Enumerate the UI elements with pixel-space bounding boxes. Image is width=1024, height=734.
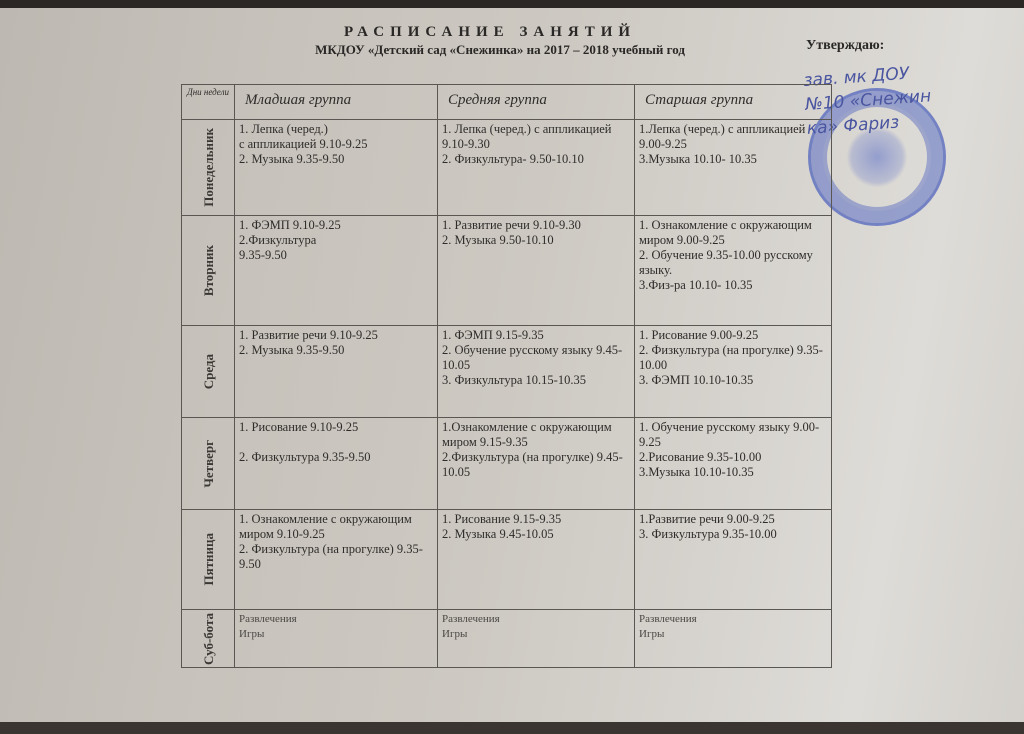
- lesson-entry: Игры: [442, 627, 630, 642]
- lesson-entry: 2. Музыка 9.35-9.50: [239, 343, 433, 358]
- senior-group-cell: 1.Развитие речи 9.00-9.253. Физкультура …: [635, 510, 832, 610]
- header-middle-group: Средняя группа: [438, 85, 635, 120]
- junior-group-cell: 1. Ознакомление с окружающим миром 9.10-…: [235, 510, 438, 610]
- middle-group-cell: 1.Ознакомление с окружающим миром 9.15-9…: [438, 418, 635, 510]
- lesson-entry: 2. Музыка 9.50-10.10: [442, 233, 630, 248]
- lesson-entry: 1. ФЭМП 9.15-9.35: [442, 328, 630, 343]
- lesson-entry: Игры: [639, 627, 827, 642]
- table-row: Суб-ботаРазвлеченияИгрыРазвлеченияИгрыРа…: [182, 610, 832, 668]
- day-cell: Вторник: [182, 216, 235, 326]
- paper-sheet: РАСПИСАНИЕ ЗАНЯТИЙ МКДОУ «Детский сад «С…: [0, 6, 1024, 724]
- handwritten-signature: зав. мк ДОУ №10 «Снежин ка» Фариз: [803, 55, 1008, 141]
- middle-group-cell: 1. ФЭМП 9.15-9.352. Обучение русскому яз…: [438, 326, 635, 418]
- senior-group-cell: 1.Лепка (черед.) с аппликацией 9.00-9.25…: [635, 120, 832, 216]
- table-row: Четверг1. Рисование 9.10-9.252. Физкульт…: [182, 418, 832, 510]
- lesson-entry: Развлечения: [442, 612, 630, 627]
- schedule-body: Понедельник1. Лепка (черед.)с аппликацие…: [182, 120, 832, 668]
- day-label: Пятница: [201, 533, 216, 586]
- table-row: Пятница1. Ознакомление с окружающим миро…: [182, 510, 832, 610]
- table-row: Среда1. Развитие речи 9.10-9.252. Музыка…: [182, 326, 832, 418]
- schedule-table: Дни недели Младшая группа Средняя группа…: [181, 84, 832, 668]
- lesson-entry: 2. Обучение 9.35-10.00 русскому языку.: [639, 248, 827, 278]
- day-label: Суб-бота: [201, 613, 216, 665]
- lesson-entry: 2. Физкультура- 9.50-10.10: [442, 152, 630, 167]
- senior-group-cell: РазвлеченияИгры: [635, 610, 832, 668]
- day-cell: Понедельник: [182, 120, 235, 216]
- lesson-entry: 2. Обучение русскому языку 9.45-10.05: [442, 343, 630, 373]
- middle-group-cell: 1. Рисование 9.15-9.352. Музыка 9.45-10.…: [438, 510, 635, 610]
- middle-group-cell: 1. Лепка (черед.) с аппликацией 9.10-9.3…: [438, 120, 635, 216]
- lesson-entry: 2. Музыка 9.45-10.05: [442, 527, 630, 542]
- lesson-entry: 1.Развитие речи 9.00-9.25: [639, 512, 827, 527]
- senior-group-cell: 1. Рисование 9.00-9.252. Физкультура (на…: [635, 326, 832, 418]
- lesson-entry: 3.Физ-ра 10.10- 10.35: [639, 278, 827, 293]
- lesson-entry: 2. Музыка 9.35-9.50: [239, 152, 433, 167]
- photo-edge-bottom: [0, 722, 1024, 734]
- junior-group-cell: 1. ФЭМП 9.10-9.252.Физкультура9.35-9.50: [235, 216, 438, 326]
- header-senior-group: Старшая группа: [635, 85, 832, 120]
- lesson-entry: 1.Лепка (черед.) с аппликацией 9.00-9.25: [639, 122, 827, 152]
- lesson-entry: 3.Музыка 10.10-10.35: [639, 465, 827, 480]
- lesson-entry: 2. Физкультура (на прогулке) 9.35-9.50: [239, 542, 433, 572]
- day-label: Среда: [201, 354, 216, 389]
- lesson-entry: 2.Физкультура (на прогулке) 9.45-10.05: [442, 450, 630, 480]
- senior-group-cell: 1. Обучение русскому языку 9.00-9.252.Ри…: [635, 418, 832, 510]
- header-junior-group: Младшая группа: [235, 85, 438, 120]
- lesson-entry: 1. Лепка (черед.): [239, 122, 433, 137]
- lesson-entry: с аппликацией 9.10-9.25: [239, 137, 433, 152]
- junior-group-cell: 1. Рисование 9.10-9.252. Физкультура 9.3…: [235, 418, 438, 510]
- lesson-entry: 3. ФЭМП 10.10-10.35: [639, 373, 827, 388]
- senior-group-cell: 1. Ознакомление с окружающим миром 9.00-…: [635, 216, 832, 326]
- lesson-entry: Развлечения: [239, 612, 433, 627]
- lesson-entry: 1. ФЭМП 9.10-9.25: [239, 218, 433, 233]
- lesson-entry: 1. Лепка (черед.) с аппликацией 9.10-9.3…: [442, 122, 630, 152]
- day-cell: Суб-бота: [182, 610, 235, 668]
- junior-group-cell: РазвлеченияИгры: [235, 610, 438, 668]
- approval-label: Утверждаю:: [806, 38, 884, 54]
- day-label: Вторник: [201, 245, 216, 296]
- lesson-entry: Развлечения: [639, 612, 827, 627]
- lesson-entry: 2.Рисование 9.35-10.00: [639, 450, 827, 465]
- middle-group-cell: РазвлеченияИгры: [438, 610, 635, 668]
- day-cell: Среда: [182, 326, 235, 418]
- lesson-entry: 1. Развитие речи 9.10-9.25: [239, 328, 433, 343]
- lesson-entry: 2. Физкультура 9.35-9.50: [239, 450, 433, 465]
- lesson-entry: 1.Ознакомление с окружающим миром 9.15-9…: [442, 420, 630, 450]
- lesson-entry: 9.35-9.50: [239, 248, 433, 263]
- lesson-entry: 2.Физкультура: [239, 233, 433, 248]
- lesson-entry: 1. Ознакомление с окружающим миром 9.00-…: [639, 218, 827, 248]
- lesson-entry: 1. Рисование 9.15-9.35: [442, 512, 630, 527]
- junior-group-cell: 1. Лепка (черед.)с аппликацией 9.10-9.25…: [235, 120, 438, 216]
- day-cell: Пятница: [182, 510, 235, 610]
- lesson-entry: 2. Физкультура (на прогулке) 9.35-10.00: [639, 343, 827, 373]
- day-label: Понедельник: [201, 128, 216, 207]
- document-subtitle: МКДОУ «Детский сад «Снежинка» на 2017 – …: [240, 42, 760, 58]
- lesson-entry: 1. Рисование 9.00-9.25: [639, 328, 827, 343]
- middle-group-cell: 1. Развитие речи 9.10-9.302. Музыка 9.50…: [438, 216, 635, 326]
- lesson-entry: 3.Музыка 10.10- 10.35: [639, 152, 827, 167]
- lesson-entry: 1. Развитие речи 9.10-9.30: [442, 218, 630, 233]
- lesson-entry: 3. Физкультура 10.15-10.35: [442, 373, 630, 388]
- header-days: Дни недели: [182, 85, 235, 120]
- table-header-row: Дни недели Младшая группа Средняя группа…: [182, 85, 832, 120]
- lesson-entry: Игры: [239, 627, 433, 642]
- lesson-entry: 1. Ознакомление с окружающим миром 9.10-…: [239, 512, 433, 542]
- table-row: Вторник1. ФЭМП 9.10-9.252.Физкультура9.3…: [182, 216, 832, 326]
- photo-edge-top: [0, 0, 1024, 8]
- lesson-entry: 1. Обучение русскому языку 9.00-9.25: [639, 420, 827, 450]
- junior-group-cell: 1. Развитие речи 9.10-9.252. Музыка 9.35…: [235, 326, 438, 418]
- lesson-entry: 3. Физкультура 9.35-10.00: [639, 527, 827, 542]
- lesson-entry: 1. Рисование 9.10-9.25: [239, 420, 433, 435]
- document-title: РАСПИСАНИЕ ЗАНЯТИЙ: [310, 24, 670, 41]
- table-row: Понедельник1. Лепка (черед.)с аппликацие…: [182, 120, 832, 216]
- day-label: Четверг: [201, 440, 216, 488]
- day-cell: Четверг: [182, 418, 235, 510]
